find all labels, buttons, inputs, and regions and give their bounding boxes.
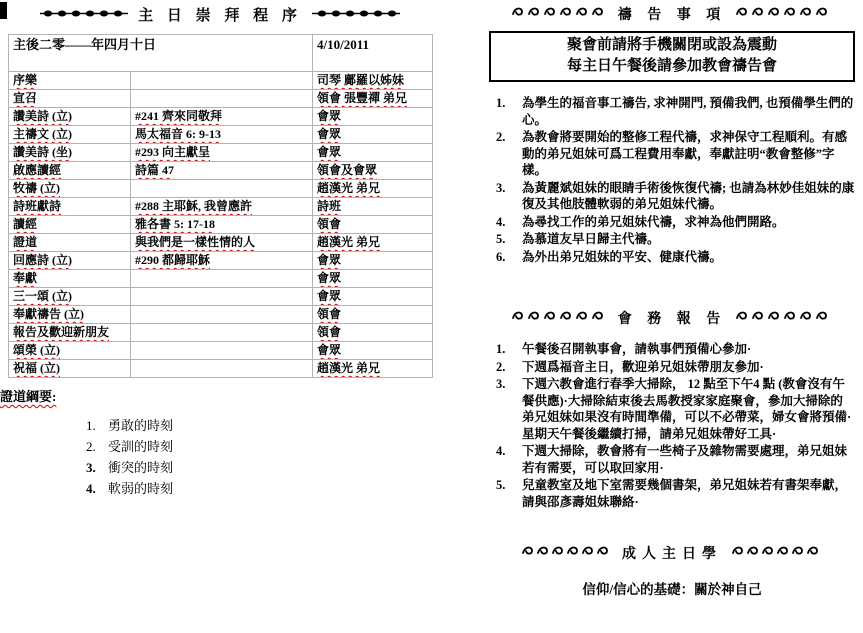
program-item-cell: 啟應讀經 xyxy=(9,162,131,180)
table-row: 讚美詩 (立) #241 齊來同敬拜 會眾 xyxy=(9,108,433,126)
outline-item: 1. 勇敢的時刻 xyxy=(86,415,432,436)
item-text: 為教會將要開始的整修工程代禱，求神保守工程順利。有感動的弟兄姐妹可爲工程費用奉獻… xyxy=(522,129,855,179)
worship-order-section: 主 日 崇 拜 程 序 主後二零——年四月十日 4/10/2011 序樂 xyxy=(8,4,432,499)
program-item: 奉獻 xyxy=(13,271,37,285)
program-item-cell: 讀經 xyxy=(9,216,131,234)
program-person: 會眾 xyxy=(317,253,341,267)
program-item: 回應詩 (立) xyxy=(13,253,72,267)
item-number: 3. xyxy=(489,376,522,442)
outline-number: 4. xyxy=(86,478,108,499)
sermon-outline-label-text: 證道綱要: xyxy=(0,389,56,404)
program-person: 會眾 xyxy=(317,127,341,141)
item-number: 6. xyxy=(489,249,522,266)
item-number: 4. xyxy=(489,214,522,231)
outline-text: 衝突的時刻 xyxy=(108,457,173,478)
item-number: 4. xyxy=(489,443,522,476)
table-row: 回應詩 (立) #290 都歸耶穌 會眾 xyxy=(9,252,433,270)
item-number: 2. xyxy=(489,129,522,179)
outline-text: 軟弱的時刻 xyxy=(108,478,173,499)
program-item-cell: 頌榮 (立) xyxy=(9,342,131,360)
program-content-cell: 詩篇 47 xyxy=(131,162,313,180)
program-person-cell: 趙漢光 弟兄 xyxy=(313,234,433,252)
program-person-cell: 會眾 xyxy=(313,108,433,126)
program-item: 詩班獻詩 xyxy=(13,199,61,213)
program-person-cell: 領會及會眾 xyxy=(313,162,433,180)
program-item-cell: 證道 xyxy=(9,234,131,252)
chain-ornament-icon xyxy=(40,6,128,23)
program-item-cell: 詩班獻詩 xyxy=(9,198,131,216)
program-item-cell: 奉獻禱告 (立) xyxy=(9,306,131,324)
item-text: 兒童教室及地下室需要幾個書架，弟兄姐妹若有書架奉獻，請與邵彥壽姐妹聯絡· xyxy=(522,477,855,510)
notice-line-2: 每主日午餐後請參加教會禱告會 xyxy=(491,56,853,77)
program-item-cell: 宣召 xyxy=(9,90,131,108)
worship-table-body: 序樂 司琴 鄺羅以姊妹 宣召 領會 張豐禪 弟兄 讚美詩 (立) #241 齊來… xyxy=(9,72,433,378)
program-content-cell: 與我們是一樣性情的人 xyxy=(131,234,313,252)
school-title-row: 成人主日學 xyxy=(489,543,855,563)
program-person-cell: 會眾 xyxy=(313,270,433,288)
program-item: 報告及歡迎新朋友 xyxy=(13,325,109,339)
program-person: 司琴 鄺羅以姊妹 xyxy=(317,73,404,87)
program-item: 證道 xyxy=(13,235,37,249)
program-person-cell: 領會 張豐禪 弟兄 xyxy=(313,90,433,108)
table-header-row: 主後二零——年四月十日 4/10/2011 xyxy=(9,35,433,72)
program-content-cell: #293 向主獻呈 xyxy=(131,144,313,162)
table-row: 證道 與我們是一樣性情的人 趙漢光 弟兄 xyxy=(9,234,433,252)
item-number: 1. xyxy=(489,341,522,358)
program-item: 啟應讀經 xyxy=(13,163,61,177)
program-item-cell: 三一頌 (立) xyxy=(9,288,131,306)
program-person-cell: 領會 xyxy=(313,216,433,234)
program-person: 會眾 xyxy=(317,289,341,303)
outline-item: 2. 受訓的時刻 xyxy=(86,436,432,457)
bulletin-page: 主 日 崇 拜 程 序 主後二零——年四月十日 4/10/2011 序樂 xyxy=(0,0,863,633)
program-item: 三一頌 (立) xyxy=(13,289,72,303)
program-item-cell: 牧禱 (立) xyxy=(9,180,131,198)
prayer-item: 2. 為教會將要開始的整修工程代禱，求神保守工程順利。有感動的弟兄姐妹可爲工程費… xyxy=(489,129,855,179)
report-item: 2. 下週爲福音主日，歡迎弟兄姐妹帶朋友參加· xyxy=(489,359,855,376)
item-number: 5. xyxy=(489,231,522,248)
outline-item: 3. 衝突的時刻 xyxy=(86,457,432,478)
program-item: 讚美詩 (立) xyxy=(13,109,72,123)
worship-table: 主後二零——年四月十日 4/10/2011 序樂 司琴 鄺羅以姊妹 宣召 xyxy=(8,34,433,378)
program-item-cell: 回應詩 (立) xyxy=(9,252,131,270)
report-item: 5. 兒童教室及地下室需要幾個書架，弟兄姐妹若有書架奉獻，請與邵彥壽姐妹聯絡· xyxy=(489,477,855,510)
program-content-cell xyxy=(131,342,313,360)
program-person: 領會 xyxy=(317,217,341,231)
prayer-item: 3. 為黃麗斌姐妹的眼睛手術後恢復代禱; 也請為林妙佳姐妹的康復及其他肢體軟弱的… xyxy=(489,180,855,213)
item-text: 下週六教會進行春季大掃除， 12 點至下午4 點 (教會沒有午餐供應)·大掃除結… xyxy=(522,376,855,442)
program-person: 趙漢光 弟兄 xyxy=(317,235,380,249)
program-item-cell: 讚美詩 (立) xyxy=(9,108,131,126)
item-text: 午餐後召開執事會，請執事們預備心參加· xyxy=(522,341,855,358)
swirl-ornament-icon xyxy=(736,310,832,326)
table-row: 三一頌 (立) 會眾 xyxy=(9,288,433,306)
outline-item: 4. 軟弱的時刻 xyxy=(86,478,432,499)
program-content: #241 齊來同敬拜 xyxy=(135,109,222,123)
program-item-cell: 奉獻 xyxy=(9,270,131,288)
program-item-cell: 報告及歡迎新朋友 xyxy=(9,324,131,342)
item-number: 5. xyxy=(489,477,522,510)
table-row: 序樂 司琴 鄺羅以姊妹 xyxy=(9,72,433,90)
date-numeric: 4/10/2011 xyxy=(317,37,369,52)
program-content: 詩篇 47 xyxy=(135,163,174,177)
program-item: 主禱文 (立) xyxy=(13,127,72,141)
table-row: 報告及歡迎新朋友 領會 xyxy=(9,324,433,342)
table-row: 牧禱 (立) 趙漢光 弟兄 xyxy=(9,180,433,198)
item-text: 為慕道友早日歸主代禱。 xyxy=(522,231,855,248)
item-number: 3. xyxy=(489,180,522,213)
program-content-cell: #290 都歸耶穌 xyxy=(131,252,313,270)
table-row: 啟應讀經 詩篇 47 領會及會眾 xyxy=(9,162,433,180)
table-row: 宣召 領會 張豐禪 弟兄 xyxy=(9,90,433,108)
outline-number: 2. xyxy=(86,436,108,457)
item-text: 下週大掃除，教會將有一些椅子及雜物需要處理，弟兄姐妹若有需要，可以取回家用· xyxy=(522,443,855,476)
program-content: #288 主耶穌, 我曾應許 xyxy=(135,199,252,213)
prayer-item: 1. 為學生的福音事工禱告, 求神開門, 預備我們, 也預備學生們的心。 xyxy=(489,95,855,128)
outline-text: 受訓的時刻 xyxy=(108,436,173,457)
program-person-cell: 領會 xyxy=(313,324,433,342)
program-content: 馬太福音 6: 9-13 xyxy=(135,127,221,141)
date-chinese: 主後二零——年四月十日 xyxy=(13,37,156,52)
swirl-ornament-icon xyxy=(512,6,608,22)
table-row: 頌榮 (立) 會眾 xyxy=(9,342,433,360)
report-title: 會 務 報 告 xyxy=(618,308,727,328)
program-person-cell: 趙漢光 弟兄 xyxy=(313,180,433,198)
table-row: 奉獻禱告 (立) 領會 xyxy=(9,306,433,324)
program-person: 會眾 xyxy=(317,109,341,123)
program-person-cell: 詩班 xyxy=(313,198,433,216)
table-row: 讚美詩 (坐) #293 向主獻呈 會眾 xyxy=(9,144,433,162)
report-item: 1. 午餐後召開執事會，請執事們預備心參加· xyxy=(489,341,855,358)
program-content-cell xyxy=(131,288,313,306)
prayer-title: 禱 告 事 項 xyxy=(618,4,727,24)
program-content-cell: #241 齊來同敬拜 xyxy=(131,108,313,126)
program-person: 會眾 xyxy=(317,343,341,357)
table-row: 詩班獻詩 #288 主耶穌, 我曾應許 詩班 xyxy=(9,198,433,216)
announcements-section: 禱 告 事 項 聚會前請將手機關閉或設為震動 每主日午餐後請參加教會禱告會 1.… xyxy=(489,4,855,598)
program-person-cell: 會眾 xyxy=(313,342,433,360)
program-item: 頌榮 (立) xyxy=(13,343,60,357)
swirl-ornament-icon xyxy=(736,6,832,22)
table-row: 奉獻 會眾 xyxy=(9,270,433,288)
item-text: 為尋找工作的弟兄姐妹代禱，求神為他們開路。 xyxy=(522,214,855,231)
worship-title-row: 主 日 崇 拜 程 序 xyxy=(8,4,432,25)
program-content-cell: #288 主耶穌, 我曾應許 xyxy=(131,198,313,216)
program-person: 趙漢光 弟兄 xyxy=(317,181,380,195)
program-person-cell: 會眾 xyxy=(313,144,433,162)
program-person-cell: 會眾 xyxy=(313,126,433,144)
program-content-cell xyxy=(131,324,313,342)
sermon-outline-list: 1. 勇敢的時刻 2. 受訓的時刻 3. 衝突的時刻 4. 軟弱的時刻 xyxy=(86,415,432,499)
date-cell: 主後二零——年四月十日 xyxy=(9,35,313,72)
program-item-cell: 主禱文 (立) xyxy=(9,126,131,144)
notice-box: 聚會前請將手機關閉或設為震動 每主日午餐後請參加教會禱告會 xyxy=(489,31,855,82)
program-content-cell xyxy=(131,270,313,288)
program-content-cell xyxy=(131,72,313,90)
prayer-item: 6. 為外出弟兄姐妹的平安、健康代禱。 xyxy=(489,249,855,266)
outline-text: 勇敢的時刻 xyxy=(108,415,173,436)
table-row: 主禱文 (立) 馬太福音 6: 9-13 會眾 xyxy=(9,126,433,144)
faith-statement: 信仰/信心的基礎：關於神自己 xyxy=(489,578,855,598)
swirl-ornament-icon xyxy=(732,545,822,561)
prayer-item: 5. 為慕道友早日歸主代禱。 xyxy=(489,231,855,248)
program-content: #293 向主獻呈 xyxy=(135,145,210,159)
program-item: 奉獻禱告 (立) xyxy=(13,307,84,321)
program-content-cell xyxy=(131,180,313,198)
item-number: 1. xyxy=(489,95,522,128)
report-item: 4. 下週大掃除，教會將有一些椅子及雜物需要處理，弟兄姐妹若有需要，可以取回家用… xyxy=(489,443,855,476)
program-item: 祝福 (立) xyxy=(13,361,60,375)
program-person-cell: 領會 xyxy=(313,306,433,324)
program-item: 序樂 xyxy=(13,73,37,87)
prayer-list: 1. 為學生的福音事工禱告, 求神開門, 預備我們, 也預備學生們的心。 2. … xyxy=(489,95,855,265)
program-content-cell xyxy=(131,90,313,108)
notice-line-1: 聚會前請將手機關閉或設為震動 xyxy=(491,35,853,56)
program-person-cell: 會眾 xyxy=(313,252,433,270)
table-row: 祝福 (立) 趙漢光 弟兄 xyxy=(9,360,433,378)
program-item-cell: 讚美詩 (坐) xyxy=(9,144,131,162)
program-person-cell: 會眾 xyxy=(313,288,433,306)
program-person-cell: 趙漢光 弟兄 xyxy=(313,360,433,378)
program-person: 領會及會眾 xyxy=(317,163,377,177)
program-person: 詩班 xyxy=(317,199,341,213)
sermon-outline-label: 證道綱要: xyxy=(0,386,432,405)
program-content-cell xyxy=(131,306,313,324)
program-person: 會眾 xyxy=(317,145,341,159)
item-text: 為黃麗斌姐妹的眼睛手術後恢復代禱; 也請為林妙佳姐妹的康復及其他肢體軟弱的弟兄姐… xyxy=(522,180,855,213)
program-content-cell: 馬太福音 6: 9-13 xyxy=(131,126,313,144)
item-text: 下週爲福音主日，歡迎弟兄姐妹帶朋友參加· xyxy=(522,359,855,376)
outline-number: 1. xyxy=(86,415,108,436)
program-item: 宣召 xyxy=(13,91,37,105)
report-list: 1. 午餐後召開執事會，請執事們預備心參加· 2. 下週爲福音主日，歡迎弟兄姐妹… xyxy=(489,341,855,510)
program-item: 讚美詩 (坐) xyxy=(13,145,72,159)
program-person: 領會 xyxy=(317,325,341,339)
program-item-cell: 序樂 xyxy=(9,72,131,90)
date-numeric-cell: 4/10/2011 xyxy=(313,35,433,72)
item-text: 為學生的福音事工禱告, 求神開門, 預備我們, 也預備學生們的心。 xyxy=(522,95,855,128)
swirl-ornament-icon xyxy=(512,310,608,326)
item-number: 2. xyxy=(489,359,522,376)
program-person: 領會 張豐禪 弟兄 xyxy=(317,91,407,105)
worship-title: 主 日 崇 拜 程 序 xyxy=(138,4,302,25)
program-person: 趙漢光 弟兄 xyxy=(317,361,380,375)
program-item-cell: 祝福 (立) xyxy=(9,360,131,378)
program-person-cell: 司琴 鄺羅以姊妹 xyxy=(313,72,433,90)
program-content: 雅各書 5: 17-18 xyxy=(135,217,215,231)
page-corner-mark xyxy=(0,2,7,19)
program-person: 會眾 xyxy=(317,271,341,285)
prayer-item: 4. 為尋找工作的弟兄姐妹代禱，求神為他們開路。 xyxy=(489,214,855,231)
program-person: 領會 xyxy=(317,307,341,321)
program-content: 與我們是一樣性情的人 xyxy=(135,235,255,249)
table-row: 讀經 雅各書 5: 17-18 領會 xyxy=(9,216,433,234)
program-content: #290 都歸耶穌 xyxy=(135,253,210,267)
prayer-title-row: 禱 告 事 項 xyxy=(489,4,855,24)
program-content-cell xyxy=(131,360,313,378)
school-title: 成人主日學 xyxy=(622,543,722,563)
chain-ornament-icon xyxy=(312,6,400,23)
report-title-row: 會 務 報 告 xyxy=(489,308,855,328)
item-text: 為外出弟兄姐妹的平安、健康代禱。 xyxy=(522,249,855,266)
program-item: 牧禱 (立) xyxy=(13,181,60,195)
program-item: 讀經 xyxy=(13,217,37,231)
report-item: 3. 下週六教會進行春季大掃除， 12 點至下午4 點 (教會沒有午餐供應)·大… xyxy=(489,376,855,442)
outline-number: 3. xyxy=(86,457,108,478)
swirl-ornament-icon xyxy=(522,545,612,561)
program-content-cell: 雅各書 5: 17-18 xyxy=(131,216,313,234)
